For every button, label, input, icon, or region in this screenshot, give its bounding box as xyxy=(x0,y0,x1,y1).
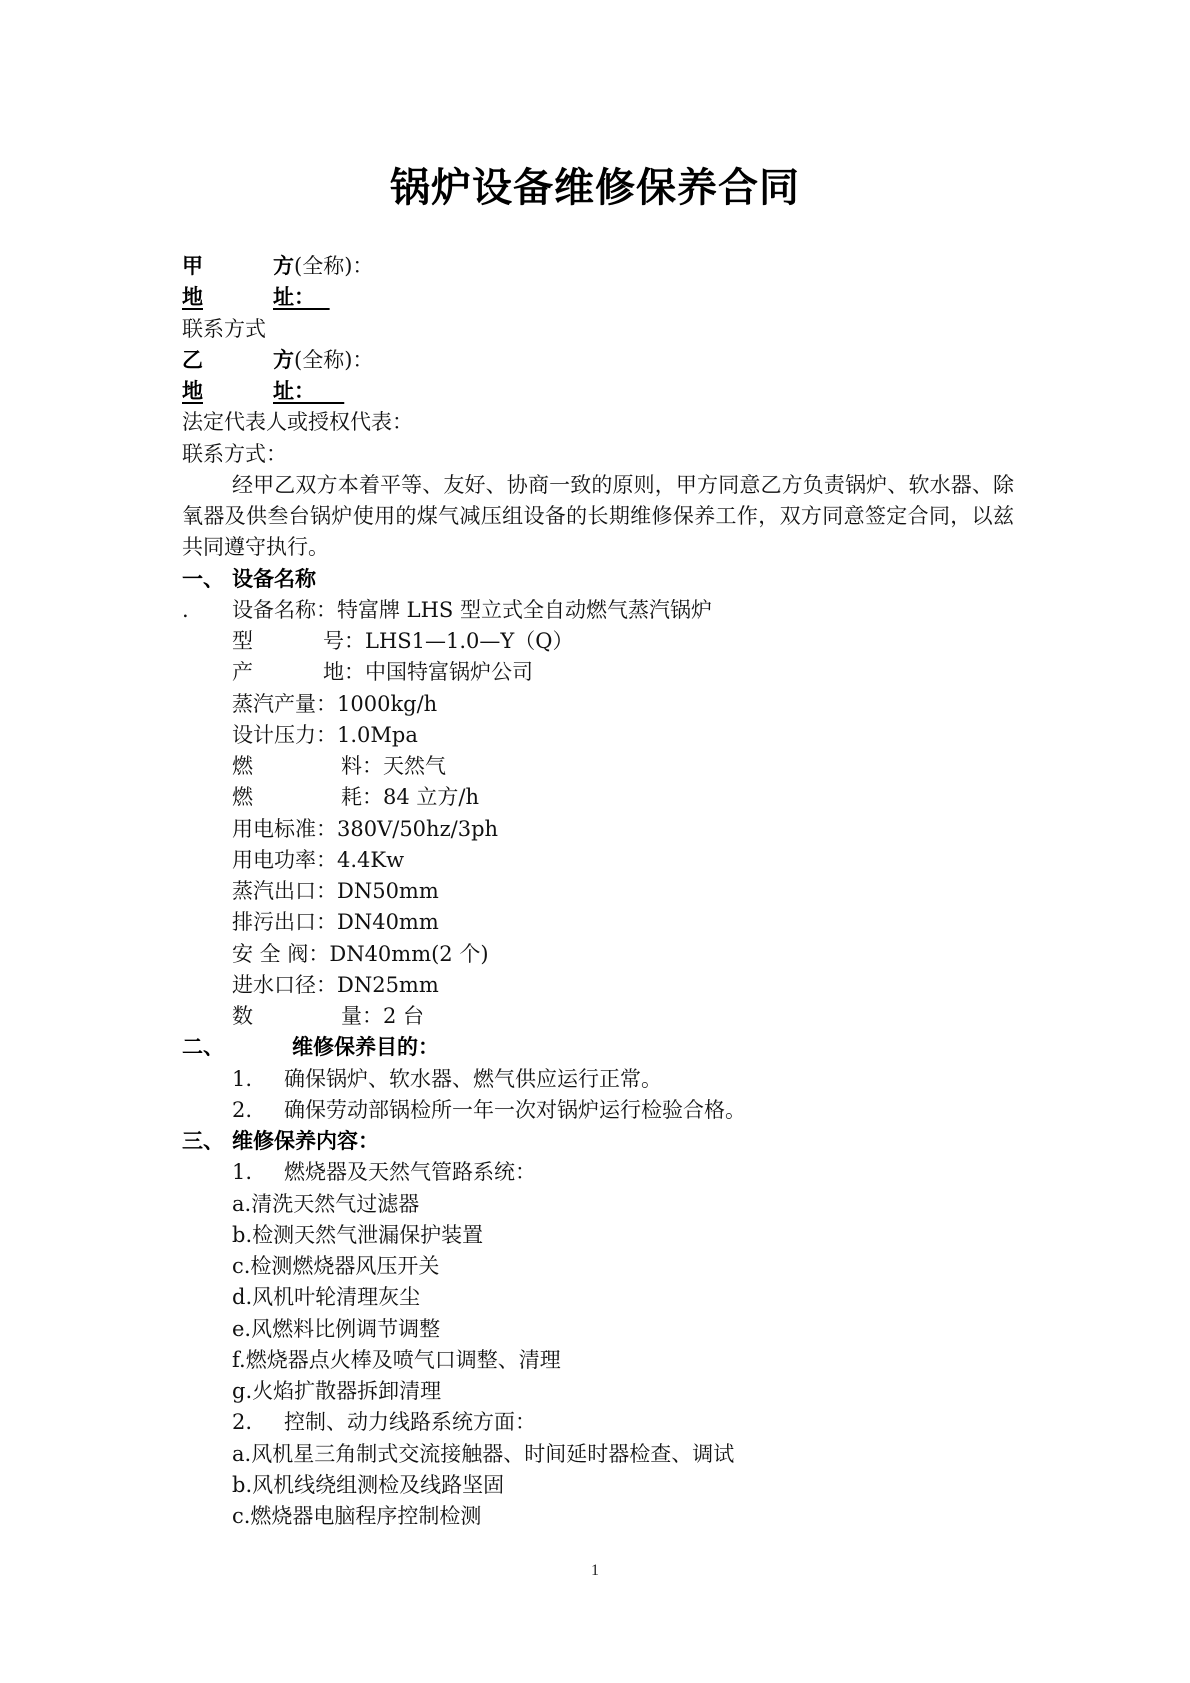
spec-colon: ： xyxy=(344,660,365,684)
party-b-representative: 法定代表人或授权代表： xyxy=(182,407,1014,438)
party-a-label-2: 方 xyxy=(273,254,294,278)
spec-row: 用电标准：380V/50hz/3ph xyxy=(182,814,1014,845)
content-item: g.火焰扩散器拆卸清理 xyxy=(182,1376,1014,1407)
content-item: f.燃烧器点火棒及喷气口调整、清理 xyxy=(182,1345,1014,1376)
spec-value: 1.0Mpa xyxy=(337,723,418,747)
section-1-title: 设备名称 xyxy=(232,567,316,591)
spec-label: 数 xyxy=(232,1004,253,1028)
spec-value: DN40mm(2 个) xyxy=(329,942,488,966)
spec-row: 数量：2 台 xyxy=(182,1001,1014,1032)
bullet-dot: . xyxy=(182,595,189,626)
spec-label: 用电功率 xyxy=(232,848,316,872)
spec-label: 产 xyxy=(232,660,253,684)
spec-value: DN25mm xyxy=(337,973,439,997)
content-item: c.检测燃烧器风压开关 xyxy=(182,1251,1014,1282)
spec-value: 特富牌 LHS 型立式全自动燃气蒸汽锅炉 xyxy=(337,598,712,622)
party-b-address-line: 地址： xyxy=(182,376,1014,407)
spec-label: 蒸汽产量 xyxy=(232,692,316,716)
spec-value: 84 立方/h xyxy=(383,785,479,809)
spec-value: 2 台 xyxy=(383,1004,424,1028)
spec-colon: ： xyxy=(308,942,329,966)
party-a-line: 甲方(全称)： xyxy=(182,251,1014,282)
spec-label: 设计压力 xyxy=(232,723,316,747)
spec-value: DN40mm xyxy=(337,910,439,934)
spec-value: LHS1—1.0—Y（Q） xyxy=(365,629,573,653)
party-b-label-2: 方 xyxy=(273,348,294,372)
spec-label: 量 xyxy=(341,1004,362,1028)
maintenance-content-list: 1.燃烧器及天然气管路系统：a.清洗天然气过滤器b.检测天然气泄漏保护装置c.检… xyxy=(182,1157,1014,1532)
page-number: 1 xyxy=(0,1562,1190,1580)
spec-value: 天然气 xyxy=(383,754,446,778)
spec-row: 型号：LHS1—1.0—Y（Q） xyxy=(182,626,1014,657)
spec-row: 进水口径：DN25mm xyxy=(182,970,1014,1001)
spec-colon: ： xyxy=(316,973,337,997)
spec-value: DN50mm xyxy=(337,879,439,903)
spec-row: 产地：中国特富锅炉公司 xyxy=(182,657,1014,688)
spec-row: 蒸汽出口：DN50mm xyxy=(182,876,1014,907)
spec-label: 燃 xyxy=(232,785,253,809)
content-item: b.风机线绕组测检及线路坚固 xyxy=(182,1470,1014,1501)
document-body: 甲方(全称)： 地址： 联系方式 乙方(全称)： 地址： 法定代表人或授权代表：… xyxy=(182,251,1014,1532)
party-b-contact: 联系方式： xyxy=(182,439,1014,470)
spec-label: 设备名称 xyxy=(232,598,316,622)
content-group-title: 2.控制、动力线路系统方面： xyxy=(182,1407,1014,1438)
spec-label: 排污出口 xyxy=(232,910,316,934)
spec-value: 380V/50hz/3ph xyxy=(337,817,498,841)
section-1-heading: 一、设备名称 xyxy=(182,564,1014,595)
spec-label: 进水口径 xyxy=(232,973,316,997)
spec-colon: ： xyxy=(316,817,337,841)
content-item: c.燃烧器电脑程序控制检测 xyxy=(182,1501,1014,1532)
spec-label: 用电标准 xyxy=(232,817,316,841)
spec-value: 1000kg/h xyxy=(337,692,437,716)
party-a-contact: 联系方式 xyxy=(182,314,1014,345)
content-item: a.清洗天然气过滤器 xyxy=(182,1189,1014,1220)
section-2-heading: 二、维修保养目的： xyxy=(182,1032,1014,1063)
content-group-title: 1.燃烧器及天然气管路系统： xyxy=(182,1157,1014,1188)
spec-row: 燃料：天然气 xyxy=(182,751,1014,782)
intro-paragraph: 经甲乙双方本着平等、友好、协商一致的原则，甲方同意乙方负责锅炉、软水器、除氧器及… xyxy=(182,470,1014,564)
purpose-item: 2.确保劳动部锅检所一年一次对锅炉运行检验合格。 xyxy=(182,1095,1014,1126)
party-b-address-label: 地址： xyxy=(182,379,344,403)
document-page: 锅炉设备维修保养合同 甲方(全称)： 地址： 联系方式 乙方(全称)： 地址： … xyxy=(0,0,1190,1683)
spec-colon: ： xyxy=(344,629,365,653)
spec-label: 地 xyxy=(323,660,344,684)
section-3-title: 维修保养内容： xyxy=(232,1129,379,1153)
spec-label: 料 xyxy=(341,754,362,778)
spec-row: 燃耗：84 立方/h xyxy=(182,782,1014,813)
section-2-number: 二、 xyxy=(182,1032,292,1063)
spec-row: 安 全 阀：DN40mm(2 个) xyxy=(182,939,1014,970)
spec-colon: ： xyxy=(316,848,337,872)
purpose-item: 1.确保锅炉、软水器、燃气供应运行正常。 xyxy=(182,1064,1014,1095)
document-title: 锅炉设备维修保养合同 xyxy=(0,160,1190,216)
content-item: a.风机星三角制式交流接触器、时间延时器检查、调试 xyxy=(182,1439,1014,1470)
spec-value: 4.4Kw xyxy=(337,848,404,872)
spec-label: 号 xyxy=(323,629,344,653)
spec-label: 型 xyxy=(232,629,253,653)
party-a-suffix: (全称)： xyxy=(294,254,373,278)
section-2-title: 维修保养目的： xyxy=(292,1035,439,1059)
equipment-specs-list: .设备名称：特富牌 LHS 型立式全自动燃气蒸汽锅炉型号：LHS1—1.0—Y（… xyxy=(182,595,1014,1033)
section-3-number: 三、 xyxy=(182,1126,232,1157)
party-a-address-line: 地址： xyxy=(182,282,1014,313)
spec-value: 中国特富锅炉公司 xyxy=(365,660,533,684)
section-3-heading: 三、维修保养内容： xyxy=(182,1126,1014,1157)
spec-colon: ： xyxy=(362,785,383,809)
content-item: b.检测天然气泄漏保护装置 xyxy=(182,1220,1014,1251)
spec-row: 设计压力：1.0Mpa xyxy=(182,720,1014,751)
spec-label: 耗 xyxy=(341,785,362,809)
spec-colon: ： xyxy=(316,910,337,934)
spec-colon: ： xyxy=(316,723,337,747)
spec-colon: ： xyxy=(362,1004,383,1028)
party-b-suffix: (全称)： xyxy=(294,348,373,372)
spec-colon: ： xyxy=(316,879,337,903)
content-item: d.风机叶轮清理灰尘 xyxy=(182,1282,1014,1313)
spec-row: 用电功率：4.4Kw xyxy=(182,845,1014,876)
section-1-number: 一、 xyxy=(182,564,232,595)
spec-colon: ： xyxy=(316,598,337,622)
party-b-label-1: 乙 xyxy=(182,348,203,372)
spec-label: 燃 xyxy=(232,754,253,778)
spec-row: 排污出口：DN40mm xyxy=(182,907,1014,938)
spec-label: 蒸汽出口 xyxy=(232,879,316,903)
spec-colon: ： xyxy=(362,754,383,778)
spec-row: .设备名称：特富牌 LHS 型立式全自动燃气蒸汽锅炉 xyxy=(182,595,1014,626)
party-b-line: 乙方(全称)： xyxy=(182,345,1014,376)
spec-colon: ： xyxy=(316,692,337,716)
content-item: e.风燃料比例调节调整 xyxy=(182,1314,1014,1345)
spec-row: 蒸汽产量：1000kg/h xyxy=(182,689,1014,720)
party-a-label-1: 甲 xyxy=(182,254,203,278)
party-a-address-label: 地址： xyxy=(182,285,330,309)
spec-label: 安 全 阀 xyxy=(232,942,308,966)
